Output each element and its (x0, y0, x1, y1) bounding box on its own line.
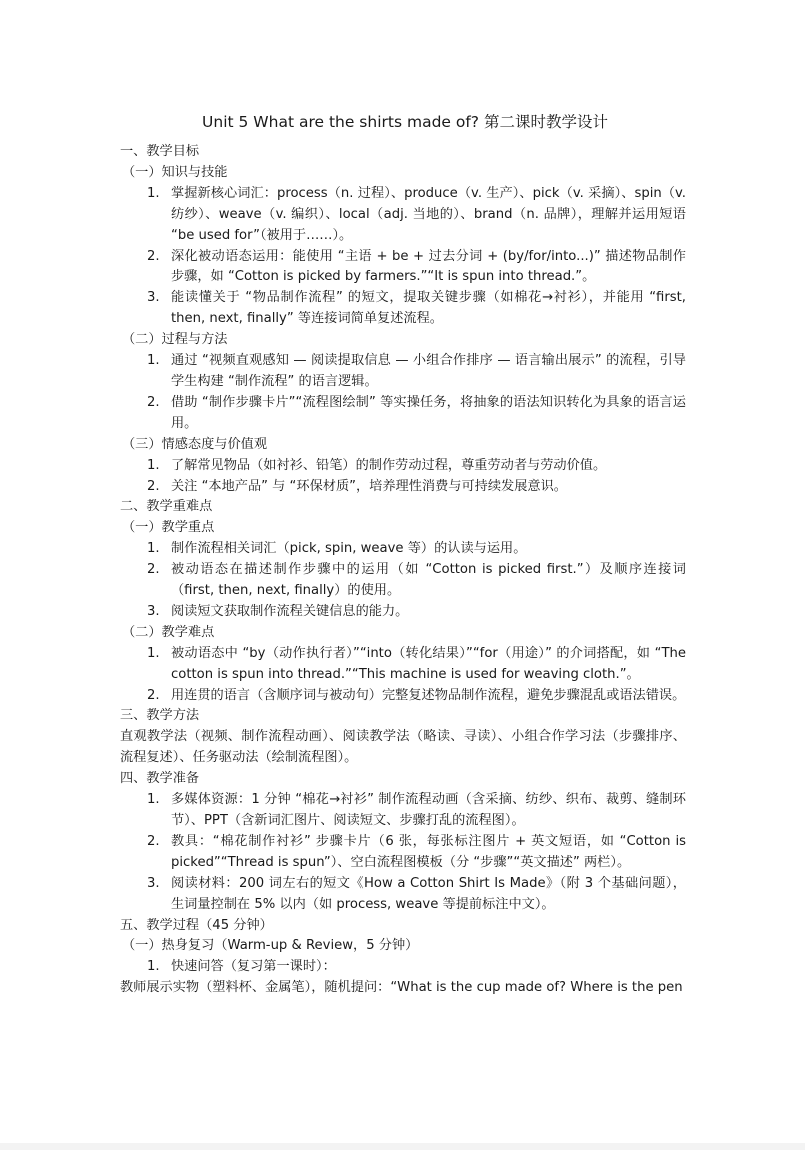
list-text: 多媒体资源：1 分钟 “棉花→衬衫” 制作流程动画（含采摘、纺纱、织布、裁剪、缝… (171, 792, 686, 828)
list-text: 关注 “本地产品” 与 “环保材质”，培养理性消费与可持续发展意识。 (171, 479, 567, 494)
subsection-heading-attitudes-values: （三）情感态度与价值观 (120, 435, 686, 456)
list-item: 1.制作流程相关词汇（pick, spin, weave 等）的认读与运用。 (120, 539, 686, 560)
list-text: 借助 “制作步骤卡片”“流程图绘制” 等实操任务，将抽象的语法知识转化为具象的语… (171, 395, 686, 431)
list-text: 了解常见物品（如衬衫、铅笔）的制作劳动过程，尊重劳动者与劳动价值。 (171, 458, 606, 473)
list-text: 深化被动语态运用：能使用 “主语 + be + 过去分词 + (by/for/i… (171, 249, 686, 285)
list-text: 能读懂关于 “物品制作流程” 的短文，提取关键步骤（如棉花→衬衫），并能用 “f… (171, 290, 686, 326)
list-text: 被动语态在描述制作步骤中的运用（如 “Cotton is picked firs… (171, 562, 686, 598)
list-number: 1. (147, 957, 160, 978)
list-item: 3.阅读短文获取制作流程关键信息的能力。 (120, 602, 686, 623)
list-number: 1. (147, 644, 160, 665)
section-heading-key-difficult-points: 二、教学重难点 (120, 497, 686, 518)
document-page: Unit 5 What are the shirts made of? 第二课时… (0, 0, 805, 1143)
list-number: 2. (147, 686, 160, 707)
list-number: 1. (147, 184, 160, 205)
list-text: 快速问答（复习第一课时）： (171, 959, 336, 974)
list-text: 教具：“棉花制作衬衫” 步骤卡片（6 张，每张标注图片 + 英文短语，如 “Co… (171, 834, 686, 870)
list-number: 3. (147, 602, 160, 623)
list-item: 1.通过 “视频直观感知 — 阅读提取信息 — 小组合作排序 — 语言输出展示”… (120, 351, 686, 393)
list-number: 1. (147, 351, 160, 372)
subsection-heading-key-points: （一）教学重点 (120, 518, 686, 539)
section-heading-teaching-methods: 三、教学方法 (120, 706, 686, 727)
list-item: 1.了解常见物品（如衬衫、铅笔）的制作劳动过程，尊重劳动者与劳动价值。 (120, 456, 686, 477)
list-item: 2.深化被动语态运用：能使用 “主语 + be + 过去分词 + (by/for… (120, 247, 686, 289)
list-number: 3. (147, 874, 160, 895)
subsection-heading-process-methods: （二）过程与方法 (120, 330, 686, 351)
list-number: 1. (147, 790, 160, 811)
subsection-heading-warm-up: （一）热身复习（Warm-up & Review，5 分钟） (120, 936, 686, 957)
list-number: 2. (147, 477, 160, 498)
list-text: 掌握新核心词汇：process（n. 过程）、produce（v. 生产）、pi… (171, 186, 686, 243)
document-title: Unit 5 What are the shirts made of? 第二课时… (120, 110, 686, 134)
list-number: 1. (147, 539, 160, 560)
warm-up-paragraph: 教师展示实物（塑料杯、金属笔），随机提问：“What is the cup ma… (120, 978, 686, 999)
list-item: 1.快速问答（复习第一课时）： (120, 957, 686, 978)
list-number: 2. (147, 560, 160, 581)
list-item: 3.阅读材料：200 词左右的短文《How a Cotton Shirt Is … (120, 874, 686, 916)
list-item: 2.借助 “制作步骤卡片”“流程图绘制” 等实操任务，将抽象的语法知识转化为具象… (120, 393, 686, 435)
teaching-methods-paragraph: 直观教学法（视频、制作流程动画）、阅读教学法（略读、寻读）、小组合作学习法（步骤… (120, 727, 686, 769)
list-text: 被动语态中 “by（动作执行者）”“into（转化结果）”“for（用途）” 的… (171, 646, 686, 682)
list-item: 3.能读懂关于 “物品制作流程” 的短文，提取关键步骤（如棉花→衬衫），并能用 … (120, 288, 686, 330)
list-number: 2. (147, 832, 160, 853)
list-text: 阅读短文获取制作流程关键信息的能力。 (171, 604, 408, 619)
list-item: 1.被动语态中 “by（动作执行者）”“into（转化结果）”“for（用途）”… (120, 644, 686, 686)
section-heading-teaching-process: 五、教学过程（45 分钟） (120, 916, 686, 937)
list-text: 制作流程相关词汇（pick, spin, weave 等）的认读与运用。 (171, 541, 526, 556)
list-item: 2.关注 “本地产品” 与 “环保材质”，培养理性消费与可持续发展意识。 (120, 477, 686, 498)
document-content: Unit 5 What are the shirts made of? 第二课时… (120, 110, 686, 999)
list-item: 1.掌握新核心词汇：process（n. 过程）、produce（v. 生产）、… (120, 184, 686, 247)
list-item: 2.教具：“棉花制作衬衫” 步骤卡片（6 张，每张标注图片 + 英文短语，如 “… (120, 832, 686, 874)
list-text: 通过 “视频直观感知 — 阅读提取信息 — 小组合作排序 — 语言输出展示” 的… (171, 353, 686, 389)
list-number: 3. (147, 288, 160, 309)
list-item: 2.被动语态在描述制作步骤中的运用（如 “Cotton is picked fi… (120, 560, 686, 602)
list-number: 2. (147, 247, 160, 268)
list-text: 阅读材料：200 词左右的短文《How a Cotton Shirt Is Ma… (171, 876, 686, 912)
list-item: 2.用连贯的语言（含顺序词与被动句）完整复述物品制作流程，避免步骤混乱或语法错误… (120, 686, 686, 707)
section-heading-objectives: 一、教学目标 (120, 142, 686, 163)
subsection-heading-difficult-points: （二）教学难点 (120, 623, 686, 644)
list-item: 1.多媒体资源：1 分钟 “棉花→衬衫” 制作流程动画（含采摘、纺纱、织布、裁剪… (120, 790, 686, 832)
list-number: 2. (147, 393, 160, 414)
subsection-heading-knowledge-skills: （一）知识与技能 (120, 163, 686, 184)
list-number: 1. (147, 456, 160, 477)
list-text: 用连贯的语言（含顺序词与被动句）完整复述物品制作流程，避免步骤混乱或语法错误。 (171, 688, 685, 703)
section-heading-teaching-preparation: 四、教学准备 (120, 769, 686, 790)
